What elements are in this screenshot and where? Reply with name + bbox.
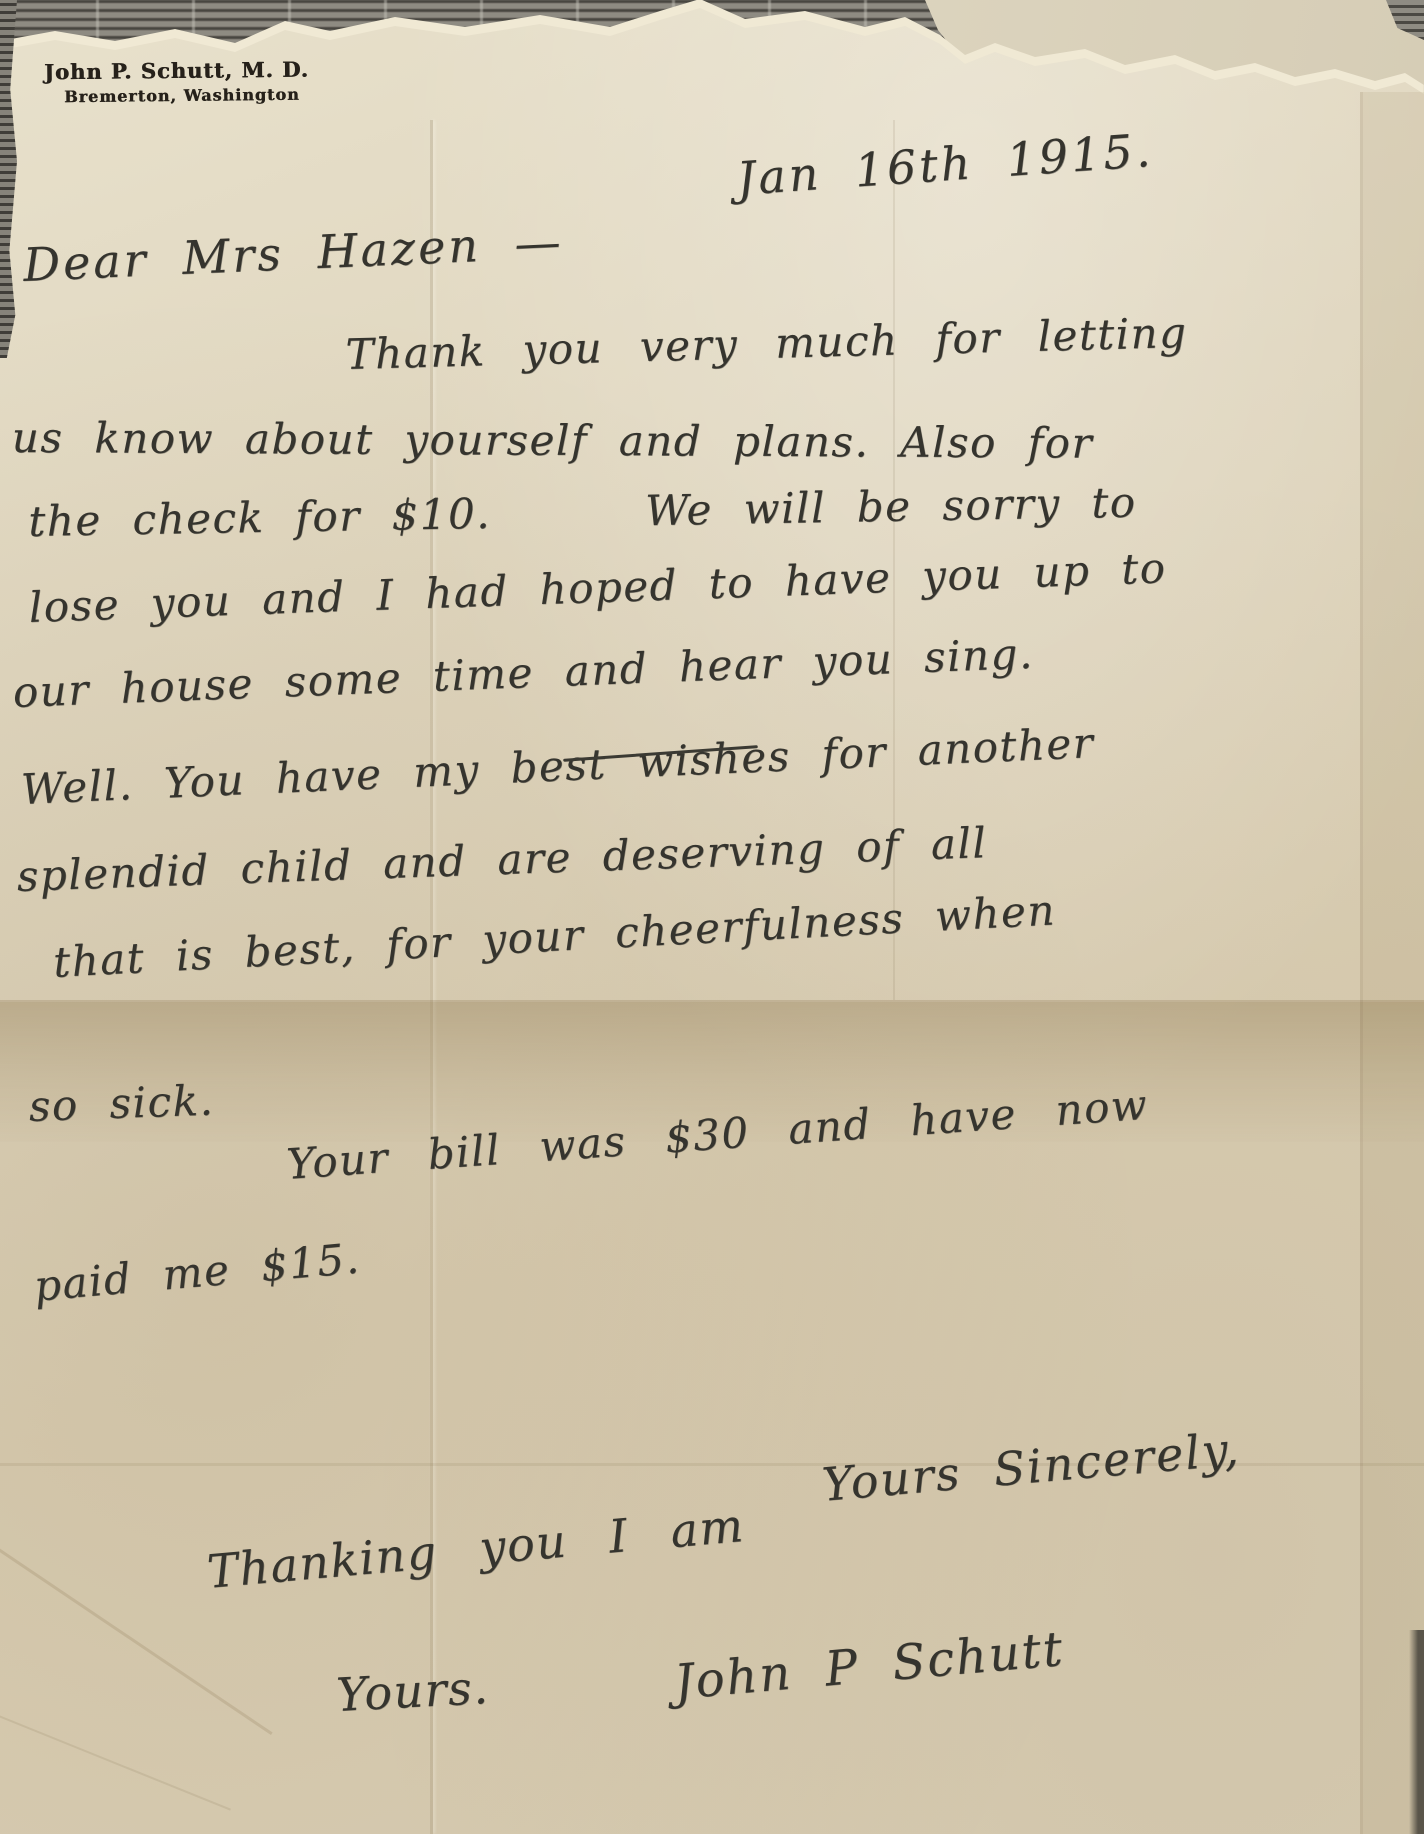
letterhead-location: Bremerton, Washington bbox=[64, 85, 300, 106]
letter-body-line: us know about yourself and plans. Also f… bbox=[12, 413, 1094, 468]
letter-body-line: so sick. bbox=[28, 1076, 215, 1131]
letter-pre-signature: Yours. bbox=[335, 1660, 491, 1722]
dark-edge-bottom-right bbox=[1409, 1630, 1424, 1834]
photograph-of-letter: { "letterhead": { "name": "John P. Schut… bbox=[0, 0, 1424, 1834]
letterhead-name: John P. Schutt, M. D. bbox=[44, 57, 309, 85]
